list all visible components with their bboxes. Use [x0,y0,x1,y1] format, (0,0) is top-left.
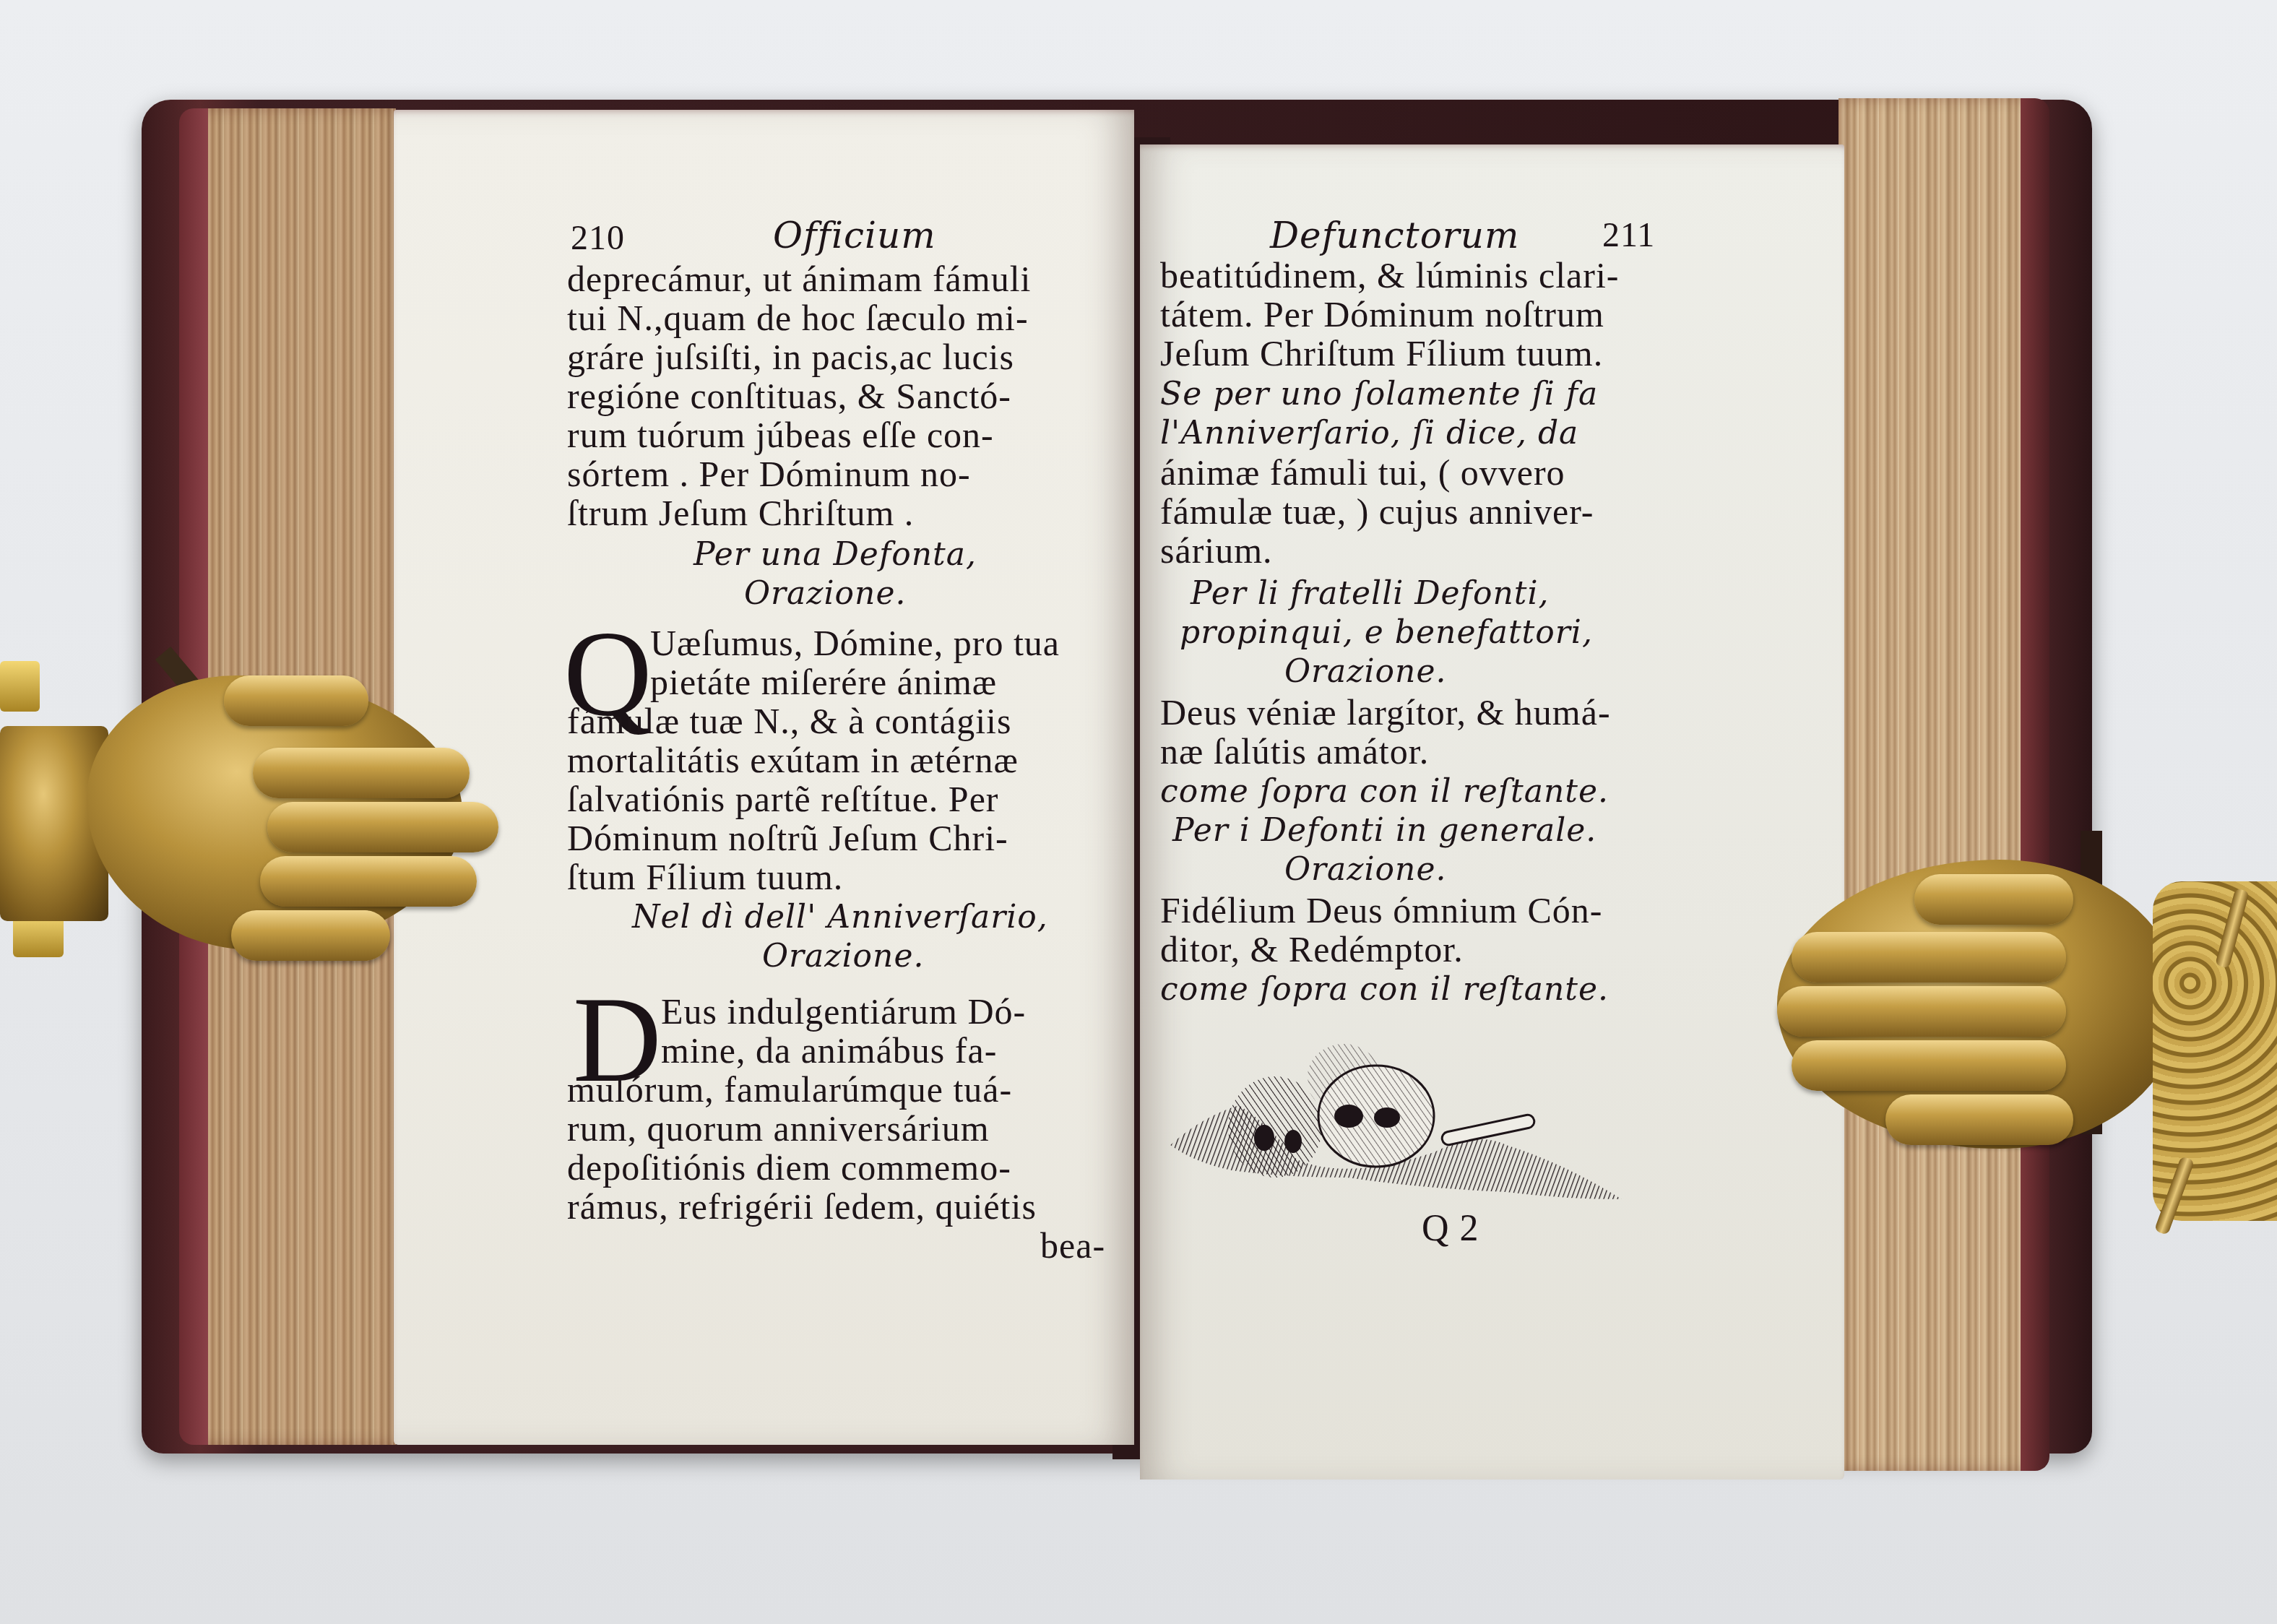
rubric-line: propinqui, e benefattori, [1180,614,1593,652]
right-fore-edge [1839,98,2041,1471]
text-line: mulórum, famularúmque tuá- [567,1071,1012,1108]
rubric-line: Orazione. [1284,851,1446,889]
text-line: Eus indulgentiárum Dó- [661,993,1026,1030]
finger [267,802,498,852]
rubric-line: Per una Defonta, [694,536,977,574]
finger [1777,986,2066,1037]
catchword: bea- [1040,1227,1105,1264]
finger [224,675,368,726]
text-line: sárium. [1160,532,1273,569]
running-head-left: Officium [773,217,936,254]
text-line: ſtum Fílium tuum. [567,858,843,896]
rubric-line: come ſopra con il reſtante. [1160,773,1609,811]
right-page: Defunctorum 211 beatitúdinem, & lúminis … [1140,144,1844,1480]
rubric-line: Orazione. [1284,653,1446,691]
running-head-right: Defunctorum [1270,217,1519,254]
text-line: sórtem . Per Dóminum no- [567,455,971,493]
text-line: depoſitiónis diem commemo- [567,1149,1011,1186]
text-line: rum, quorum anniversárium [567,1110,990,1147]
text-line: mortalitátis exútam in ætérnæ [567,741,1019,779]
brass-hand-right-cuff [2153,881,2277,1221]
rubric-line: Per li fratelli Defonti, [1191,575,1549,613]
text-line: ditor, & Redémptor. [1160,930,1464,968]
text-line: ſtrum Jeſum Chriſtum . [567,494,914,532]
finger [260,856,477,907]
text-line: ánimæ fámuli tui, ( ovvero [1160,454,1565,491]
text-line: Jeſum Chriſtum Fílium tuum. [1160,334,1603,372]
clip-wingnut-left-top[interactable] [0,661,40,712]
finger [1885,1094,2073,1145]
rubric-line: Se per uno ſolamente ſi fa [1160,376,1598,413]
skull-engraving-icon [1159,1037,1651,1217]
text-line: ſalvatiónis partẽ reſtítue. Per [567,780,998,818]
finger [1792,1040,2066,1091]
text-line: fámulæ tuæ N., & à contágiis [567,702,1011,740]
finger [253,748,470,798]
text-line: rámus, refrigérii ſedem, quiétis [567,1188,1037,1225]
rubric-line: Nel dì dell' Anniverſario, [632,899,1048,936]
text-line: Dóminum noſtrũ Jeſum Chri- [567,819,1008,857]
text-line: Uæſumus, Dómine, pro tua [650,624,1060,662]
finger [231,910,390,961]
text-line: deprecámur, ut ánimam fámuli [567,260,1031,298]
rubric-line: l'Anniverſario, ſi dice, da [1160,415,1578,452]
text-line: tátem. Per Dóminum noſtrum [1160,295,1604,333]
text-line: gráre juſsiſti, in pacis,ac lucis [567,338,1014,376]
text-line: regióne conſtituas, & Sanctó- [567,377,1011,415]
finger [1792,932,2066,982]
page-number-right: 211 [1602,217,1655,254]
text-line: Deus véniæ largítor, & humá- [1160,694,1611,731]
page-number-left: 210 [571,220,625,257]
finger [1914,874,2073,925]
text-line: næ ſalútis amátor. [1160,733,1429,770]
rubric-line: come ſopra con il reſtante. [1160,971,1609,1008]
text-line: beatitúdinem, & lúminis clari- [1160,256,1619,294]
text-line: rum tuórum júbeas eſſe con- [567,416,994,454]
rubric-line: Per i Defonti in generale. [1172,812,1597,850]
text-line: fámulæ tuæ, ) cujus anniver- [1160,493,1594,530]
text-line: tui N.,quam de hoc ſæculo mi- [567,299,1029,337]
text-line: Fidélium Deus ómnium Cón- [1160,891,1603,929]
left-page: 210 Officium deprecámur, ut ánimam fámul… [394,110,1134,1445]
text-line: pietáte miſerére ánimæ [650,663,997,701]
rubric-line: Orazione. [762,938,924,975]
text-line: mine, da animábus fa- [661,1032,997,1069]
rubric-line: Orazione. [744,575,906,613]
